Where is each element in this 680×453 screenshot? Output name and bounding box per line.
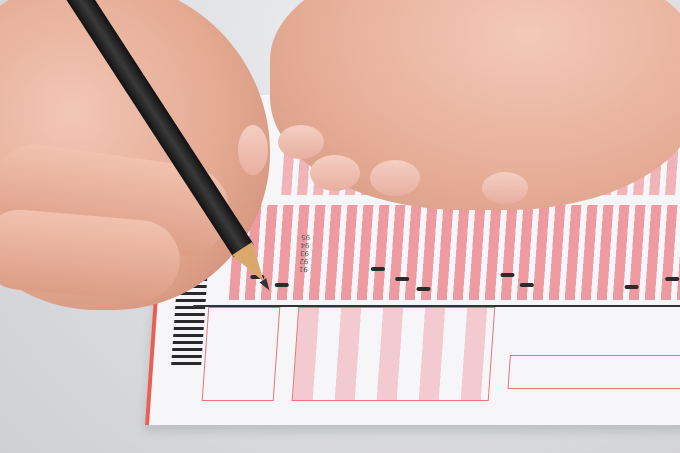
photo-scene: 91 92 93 94 95 <box>0 0 680 453</box>
filled-bubble <box>500 273 514 277</box>
name-field-box <box>508 355 680 389</box>
question-number: 95 <box>301 233 310 241</box>
fingernail <box>482 172 528 204</box>
filled-bubble <box>665 277 679 281</box>
fingernail <box>278 125 324 159</box>
fingernail <box>310 155 360 191</box>
question-number: 92 <box>299 257 308 265</box>
filled-bubble <box>416 287 430 291</box>
filled-bubble <box>371 267 385 271</box>
question-number: 91 <box>299 265 308 273</box>
filled-bubble <box>625 285 639 289</box>
thumbnail <box>238 125 268 175</box>
exam-id-grid <box>292 307 496 401</box>
question-number: 93 <box>300 249 309 257</box>
question-number: 94 <box>300 241 309 249</box>
filled-bubble <box>395 277 409 281</box>
right-hand <box>270 0 680 210</box>
subject-code-box <box>202 307 281 401</box>
bubble-grid-lower <box>229 205 680 300</box>
filled-bubble <box>275 283 289 287</box>
filled-bubble <box>520 283 534 287</box>
fingernail <box>370 160 420 196</box>
